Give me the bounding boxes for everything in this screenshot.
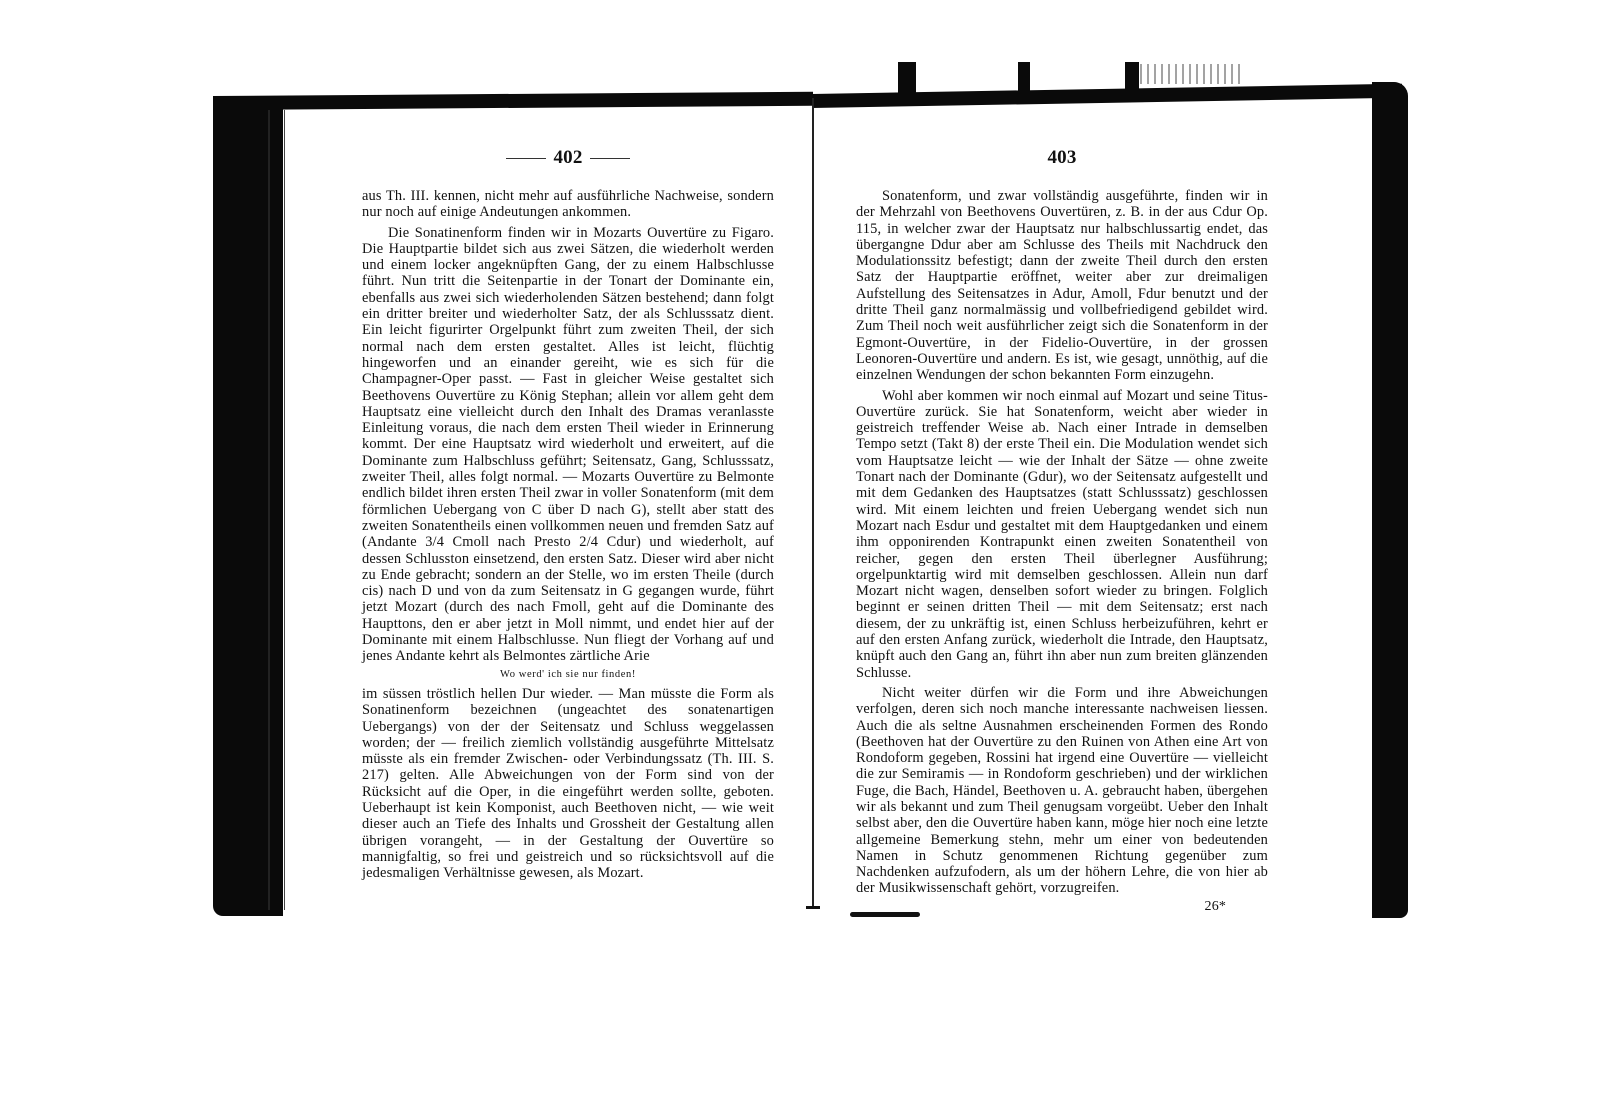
page-clip-1 (898, 62, 916, 102)
left-page: 402 aus Th. III. kennen, nicht mehr auf … (362, 150, 774, 881)
quoted-aria-line: Wo werd' ich sie nur finden! (362, 667, 774, 683)
gutter-foot-mark (806, 906, 820, 909)
page-number-left: 402 (362, 150, 774, 172)
paragraph: Wohl aber kommen wir noch einmal auf Moz… (856, 388, 1268, 681)
page-clip-3 (1125, 62, 1139, 102)
page-number-dash (590, 158, 630, 159)
paragraph: Die Sonatinenform finden wir in Mozarts … (362, 225, 774, 665)
paragraph: aus Th. III. kennen, nicht mehr auf ausf… (362, 188, 774, 221)
paragraph: Sonatenform, und zwar vollständig ausgef… (856, 188, 1268, 384)
right-page: 403 Sonatenform, und zwar vollständig au… (856, 150, 1268, 915)
paragraph: im süssen tröstlich hellen Dur wieder. —… (362, 686, 774, 882)
page-clip-2 (1018, 62, 1030, 102)
book-cover-top-left (213, 92, 813, 110)
signature-mark: 26* (856, 899, 1268, 915)
book-gutter (812, 98, 814, 906)
page-number-dash (506, 158, 546, 159)
paragraph: Nicht weiter dürfen wir die Form und ihr… (856, 685, 1268, 897)
book-cover-right (1372, 82, 1408, 918)
page-number-right: 403 (856, 150, 1268, 172)
scan-noise (1140, 64, 1240, 84)
page-stack-edge (268, 110, 285, 910)
